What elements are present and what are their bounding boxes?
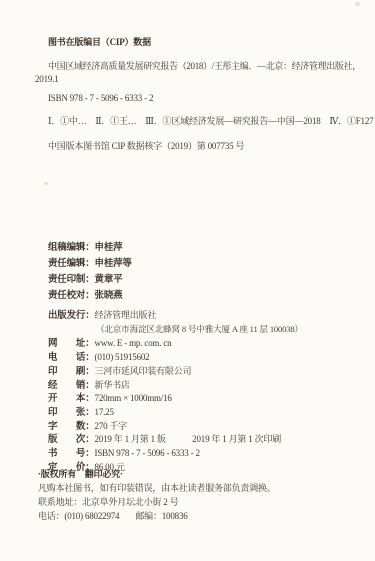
publishing-label: 电 话： (48, 353, 95, 363)
publishing-value: 720mm × 1000mm/16 (95, 393, 172, 403)
publishing-value: (010) 51915602 (95, 352, 150, 362)
publishing-row: 出版发行：经济管理出版社 (48, 309, 156, 322)
publishing-label: 开 本： (48, 394, 95, 404)
scan-artifact (44, 182, 48, 185)
publishing-label: 印 张： (48, 408, 95, 418)
cip-classification: Ⅰ．①中… Ⅱ．①王… Ⅲ．①区域经济发展—研究报告—中国—2018 Ⅳ．①F1… (48, 115, 373, 127)
publishing-value: 17.25 (95, 407, 114, 417)
publishing-row: 书 号：ISBN 978 - 7 - 5096 - 6333 - 2 (48, 447, 200, 460)
publishing-label: 经 销： (48, 381, 95, 391)
publishing-value: 三河市延风印装有限公司 (95, 366, 192, 376)
editor-name: 申桂萍等 (95, 259, 132, 269)
cip-isbn: ISBN 978 - 7 - 5096 - 6333 - 2 (48, 92, 153, 104)
publishing-value: 270 千字 (95, 421, 128, 431)
cip-title-line: 中国区域经济高质量发展研究报告（2018）/王彤主编．—北京：经济管理出版社， (48, 60, 361, 72)
publishing-value: 新华书店 (95, 380, 130, 390)
publishing-label: 出版发行： (48, 311, 95, 321)
publishing-label: 网 址： (48, 339, 95, 349)
editor-label: 组稿编辑： (48, 243, 95, 253)
publishing-label: 印 刷： (48, 367, 95, 377)
publishing-label: 字 数： (48, 422, 95, 432)
copyright-notice: ·版权所有 翻印必究· (38, 468, 123, 480)
publishing-row: 印 张：17.25 (48, 406, 114, 419)
editor-row: 组稿编辑：申桂萍 (48, 242, 122, 254)
exchange-notice: 凡购本社图书，如有印装错误，由本社读者服务部负责调换。 (38, 482, 276, 494)
cip-title-continuation: 2019.1 (35, 73, 59, 85)
editor-name: 黄章平 (95, 275, 123, 285)
publishing-row: 字 数：270 千字 (48, 420, 127, 433)
publishing-row: 印 刷：三河市延风印装有限公司 (48, 365, 191, 378)
publishing-value: ISBN 978 - 7 - 5096 - 6333 - 2 (95, 448, 200, 458)
cip-header: 图书在版编目（CIP）数据 (48, 36, 151, 48)
contact-phone-zip: 电话：(010) 68022974邮编：100836 (38, 510, 188, 522)
editor-label: 责任校对： (48, 291, 95, 301)
publishing-row: 经 销：新华书店 (48, 379, 130, 392)
editor-row: 责任编辑：申桂萍等 (48, 258, 132, 270)
publishing-row: 电 话：(010) 51915602 (48, 351, 149, 364)
cip-record-number: 中国版本图书馆 CIP 数据核字（2019）第 007735 号 (48, 140, 244, 152)
editor-label: 责任编辑： (48, 259, 95, 269)
contact-zip: 邮编：100836 (135, 511, 187, 521)
editor-label: 责任印制： (48, 275, 95, 285)
contact-address: 联系地址：北京阜外月坛北小街 2 号 (38, 496, 178, 508)
editor-name: 张晓燕 (95, 291, 123, 301)
editor-name: 申桂萍 (95, 243, 123, 253)
editor-row: 责任印制：黄章平 (48, 274, 122, 286)
publishing-row: 网 址：www. E - mp. com. cn (48, 337, 171, 350)
editor-row: 责任校对：张晓燕 (48, 290, 122, 302)
publishing-label: 书 号： (48, 449, 95, 459)
contact-phone: 电话：(010) 68022974 (38, 511, 119, 521)
publishing-row: 版 次：2019 年 1 月第 1 版 2019 年 1 月第 1 次印刷 (48, 433, 281, 446)
book-copyright-page: 图书在版编目（CIP）数据 中国区域经济高质量发展研究报告（2018）/王彤主编… (0, 0, 375, 561)
publishing-value: www. E - mp. com. cn (95, 338, 172, 348)
publishing-value: 2019 年 1 月第 1 版 2019 年 1 月第 1 次印刷 (95, 434, 282, 444)
publishing-label: 版 次： (48, 435, 95, 445)
publisher-address-note: （北京市海淀区北蜂窝 8 号中雅大厦 A 座 11 层 100038） (96, 323, 303, 335)
scan-artifact (355, 2, 360, 6)
publishing-row: 开 本：720mm × 1000mm/16 (48, 392, 172, 405)
publishing-value: 经济管理出版社 (95, 310, 157, 320)
